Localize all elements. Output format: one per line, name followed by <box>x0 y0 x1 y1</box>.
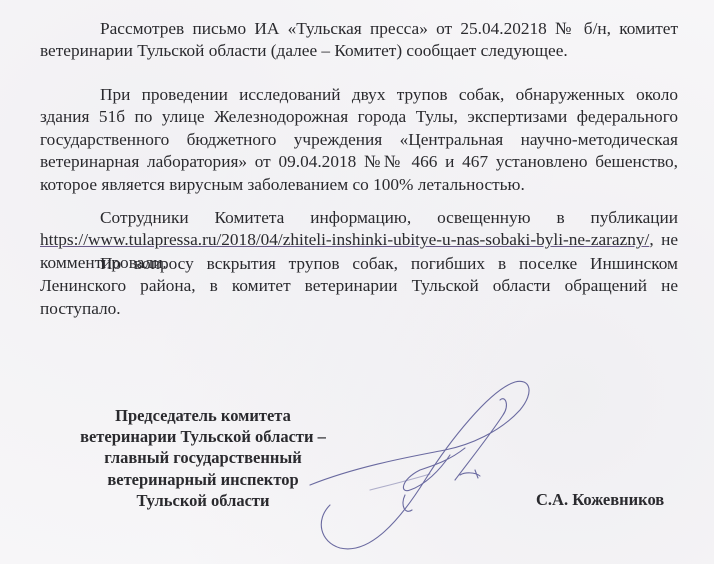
paragraph-intro: Рассмотрев письмо ИА «Тульская пресса» о… <box>40 18 678 63</box>
publication-link[interactable]: https://www.tulapressa.ru/2018/04/zhitel… <box>40 230 649 249</box>
paragraph-text: Рассмотрев письмо ИА «Тульская пресса» о… <box>40 18 678 63</box>
handwritten-signature-icon <box>300 370 560 564</box>
paragraph-findings: При проведении исследований двух трупов … <box>40 84 678 196</box>
signatory-name: С.А. Кожевников <box>536 490 664 510</box>
paragraph-text-before: Сотрудники Комитета информацию, освещенн… <box>100 208 678 227</box>
document-page: Рассмотрев письмо ИА «Тульская пресса» о… <box>0 0 714 564</box>
paragraph-text: При проведении исследований двух трупов … <box>40 84 678 196</box>
paragraph-text: По вопросу вскрытия трупов собак, погибш… <box>40 253 678 320</box>
paragraph-inshinsky: По вопросу вскрытия трупов собак, погибш… <box>40 253 678 320</box>
